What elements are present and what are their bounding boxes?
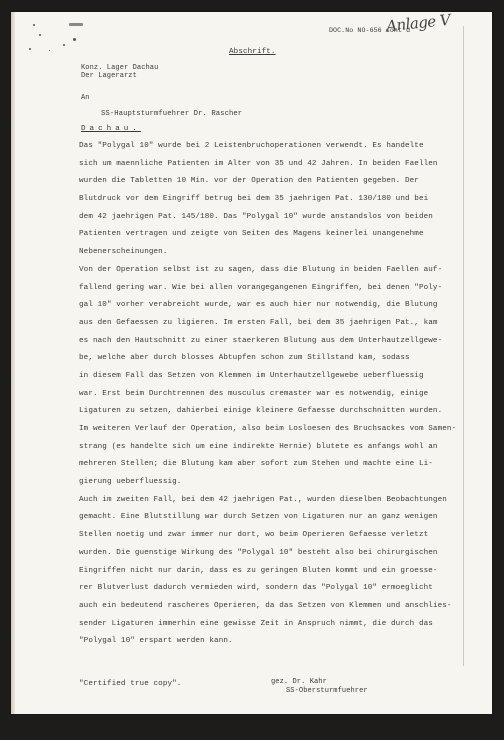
body-line: gierung ueberfluessig. [79,474,469,492]
body-line: gal 10" vorher verabreicht wurde, war es… [79,297,469,315]
body-line: sich um maennliche Patienten im Alter vo… [79,156,469,174]
body-line: strang (es handelte sich um eine indirek… [79,439,469,457]
body-line: mehreren Stellen; die Blutung kam aber s… [79,456,469,474]
paper-fold-edge [11,12,15,714]
body-line: sender Ligaturen immerhin eine gewisse Z… [79,616,469,634]
body-line: gemacht. Eine Blutstillung war durch Set… [79,509,469,527]
body-line: be, welche aber durch blosses Abtupfen s… [79,350,469,368]
sender-line-1: Konz. Lager Dachau [81,64,158,72]
body-line: Stellen noetig und zwar immer nur dort, … [79,527,469,545]
body-line: aus den Gefaessen zu ligieren. Im ersten… [79,315,469,333]
body-line: in diesem Fall das Setzen von Klemmen im… [79,368,469,386]
paper-page: DOC.No NO-656 cont'd Anlage V Abschrift.… [11,12,492,714]
sender-line-2: Der Lagerarzt [81,72,137,80]
letter-body: Das "Polygal 10" wurde bei 2 Leistenbruc… [79,138,469,651]
certification-note: "Certified true copy". [79,680,181,688]
handwritten-annotation: Anlage V [385,11,451,36]
body-line: Auch im zweiten Fall, bei dem 42 jaehrig… [79,492,469,510]
body-line: dem 42 jaehrigen Pat. 145/180. Das "Poly… [79,209,469,227]
body-line: es nach den Hautschnitt zu einer staerke… [79,333,469,351]
body-line: Im weiteren Verlauf der Operation, also … [79,421,469,439]
body-line: auch ein bedeutend rascheres Operieren, … [79,598,469,616]
ink-specks [29,20,99,60]
body-line: wurden. Die guenstige Wirkung des "Polyg… [79,545,469,563]
body-line: fallend gering war. Wie bei allen vorang… [79,280,469,298]
body-line: Blutdruck vor dem Eingriff betrug bei de… [79,191,469,209]
body-line: Eingriffen nicht nur darin, dass es zu g… [79,563,469,581]
addressee-label: An [81,94,90,102]
signature-rank: SS-Obersturmfuehrer [286,687,368,695]
body-line: "Polygal 10" erspart werden kann. [79,633,469,651]
body-line: Patienten vertragen und zeigte von Seite… [79,226,469,244]
body-line: Nebenerscheinungen. [79,244,469,262]
body-line: Ligaturen zu setzen, dahierbei einige kl… [79,403,469,421]
recipient-city: Dachau. [81,125,141,133]
scanned-document: DOC.No NO-656 cont'd Anlage V Abschrift.… [0,0,504,740]
recipient-name: SS-Hauptsturmfuehrer Dr. Rascher [101,110,242,118]
signature-name: gez. Dr. Kahr [271,678,327,686]
body-line: rer Blutverlust dadurch vermieden wird, … [79,580,469,598]
body-line: Das "Polygal 10" wurde bei 2 Leistenbruc… [79,138,469,156]
body-line: war. Erst beim Durchtrennen des musculus… [79,386,469,404]
document-heading: Abschrift. [229,48,276,56]
body-line: Von der Operation selbst ist zu sagen, d… [79,262,469,280]
body-line: wurden die Tabletten 10 Min. vor der Ope… [79,173,469,191]
